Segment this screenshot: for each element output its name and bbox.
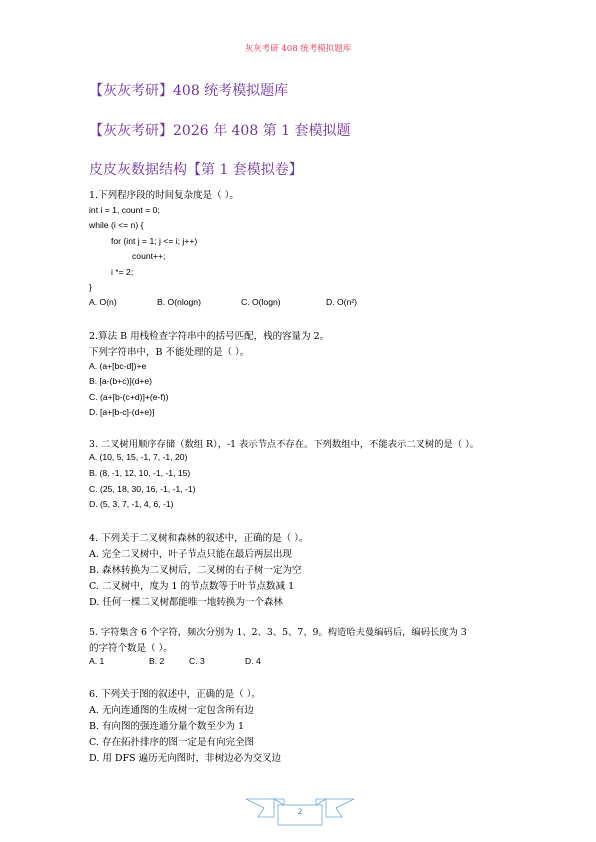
option-d: D. 用 DFS 遍历无向图时，非树边必为交叉边 [89, 750, 281, 764]
option-b: B. 有向图的强连通分量个数至少为 1 [89, 718, 244, 732]
option-c: C. 3 [189, 656, 205, 666]
option-d: D. O(n²) [326, 297, 357, 307]
title-exam: 【灰灰考研】2026 年 408 第 1 套模拟题 [89, 120, 351, 140]
question-6-stem: 6. 下列关于图的叙述中，正确的是（ ）。 [89, 686, 261, 700]
option-c: C. (a+[b-(c+d)]+(e-f)) [89, 392, 169, 402]
code-line: int i = 1, count = 0; [89, 205, 160, 215]
title-section: 皮皮灰数据结构【第 1 套模拟卷】 [89, 159, 303, 179]
option-c: C. (25, 18, 30, 16, -1, -1, -1) [89, 484, 196, 494]
title-library: 【灰灰考研】408 统考模拟题库 [89, 80, 288, 100]
option-d: D. [a+[b-c]-(d+e)] [89, 407, 154, 417]
code-line: for (int j = 1; j <= i; j++) [111, 236, 197, 246]
page-header: 灰灰考研 408 统考模拟题库 [0, 42, 596, 54]
question-5-stem-cont: 的字符个数是（ ）。 [89, 640, 173, 654]
question-1-stem: 1.下列程序段的时间复杂度是（ ）。 [89, 187, 239, 201]
code-line: i *= 2; [111, 267, 133, 277]
option-d: D. 任何一棵二叉树都能唯一地转换为一个森林 [89, 594, 283, 608]
option-b: B. [a-(b+c)](d+e) [89, 376, 152, 386]
question-2-stem: 2.算法 B 用栈检查字符串中的括号匹配，栈的容量为 2。 [89, 328, 329, 342]
option-a: A. O(n) [89, 297, 117, 307]
option-b: B. O(nlogn) [157, 297, 201, 307]
option-a: A. (a+[bc-d])+e [89, 361, 146, 371]
option-b: B. (8, -1, 12, 10, -1, -1, 15) [89, 468, 190, 478]
option-a: A. 完全二叉树中，叶子节点只能在最后两层出现 [89, 546, 292, 560]
code-line: while (i <= n) { [89, 220, 143, 230]
question-4-stem: 4. 下列关于二叉树和森林的叙述中，正确的是（ ）。 [89, 530, 308, 544]
question-3-stem: 3. 二叉树用顺序存储（数组 R），-1 表示节点不存在。下列数组中，不能表示二… [89, 436, 479, 450]
option-b: B. 森林转换为二叉树后，二叉树的右子树一定为空 [89, 562, 302, 576]
option-c: C. 二叉树中，度为 1 的节点数等于叶节点数减 1 [89, 578, 294, 592]
code-line: } [89, 282, 92, 292]
option-a: A. 1 [89, 656, 104, 666]
question-2-stem-cont: 下列字符串中，B 不能处理的是（ ）。 [89, 344, 249, 358]
option-c: C. O(logn) [241, 297, 281, 307]
code-line: count++; [132, 251, 165, 261]
option-c: C. 存在拓扑排序的图一定是有向完全图 [89, 734, 254, 748]
question-5-stem: 5. 字符集含 6 个字符，频次分别为 1、2、3、5、7、9。构造哈夫曼编码后… [89, 624, 467, 638]
page-number: 2 [278, 806, 322, 816]
option-d: D. (5, 3, 7, -1, 4, 6, -1) [89, 499, 174, 509]
option-a: A. (10, 5, 15, -1, 7, -1, 20) [89, 452, 187, 462]
option-a: A. 无向连通图的生成树一定包含所有边 [89, 702, 254, 716]
option-d: D. 4 [245, 656, 261, 666]
option-b: B. 2 [149, 656, 164, 666]
